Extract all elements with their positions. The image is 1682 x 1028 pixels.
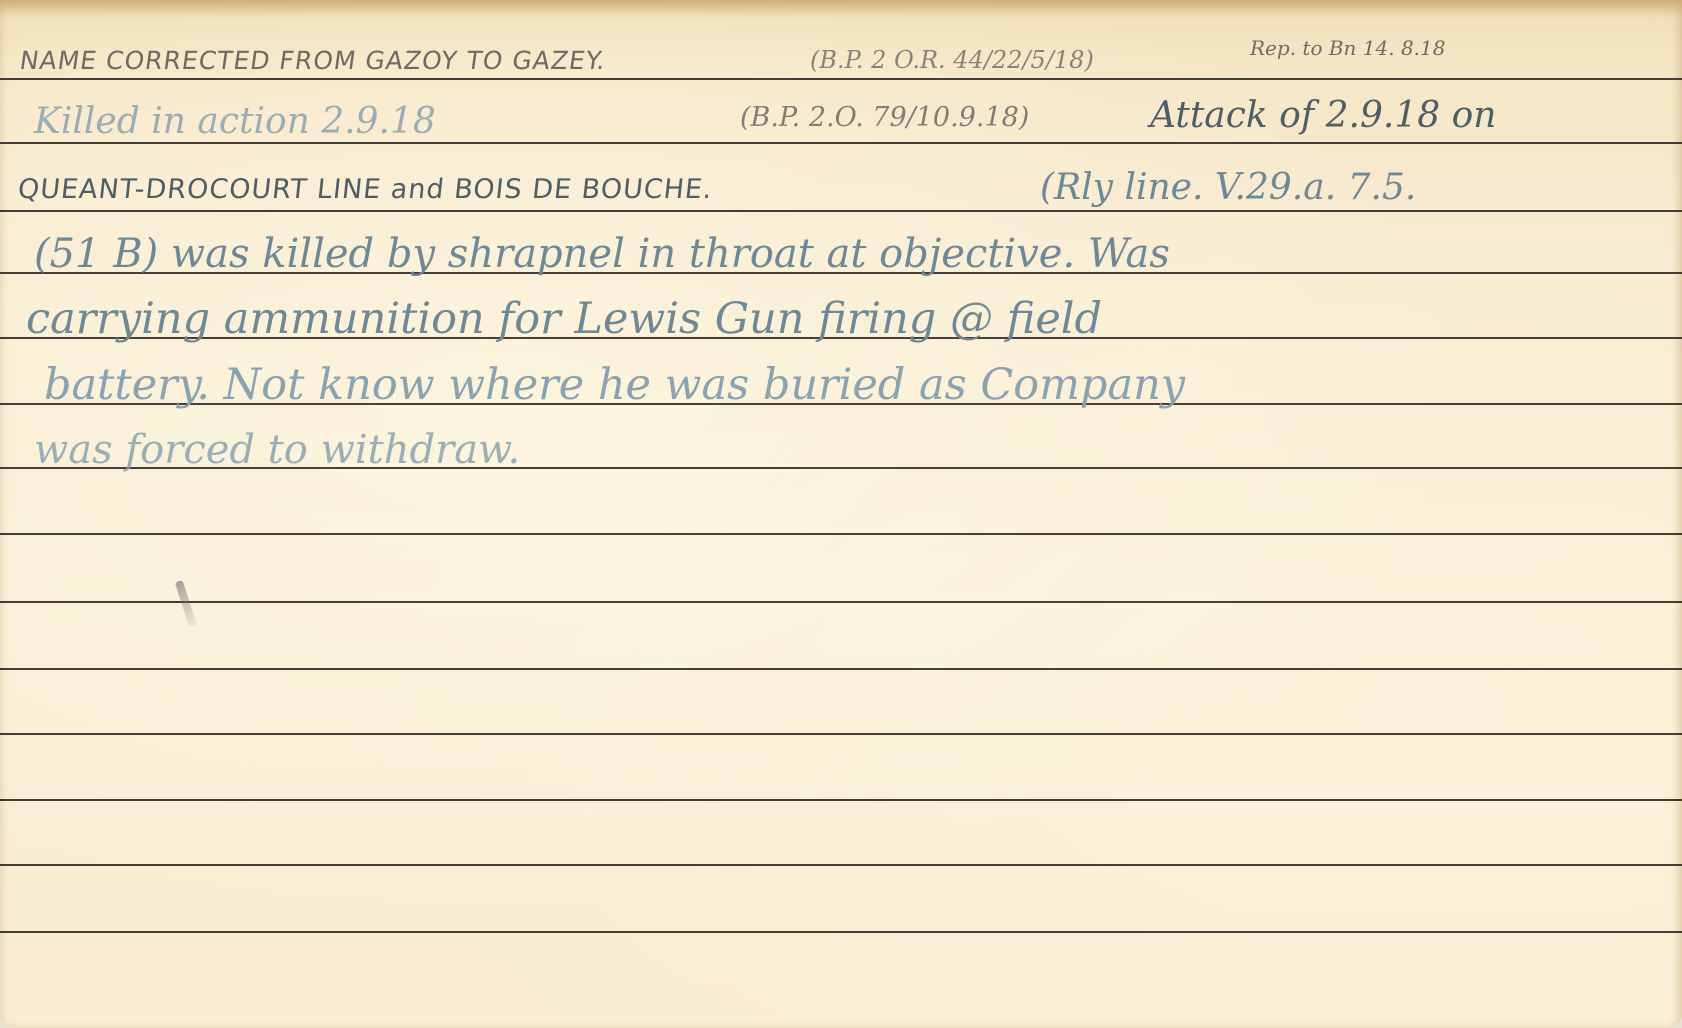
circumstances-line-2: carrying ammunition for Lewis Gun firing…: [26, 298, 1102, 341]
ruled-line: [0, 78, 1682, 80]
circumstances-line-1: (51 B) was killed by shrapnel in throat …: [34, 234, 1170, 274]
ruled-line: [0, 668, 1682, 670]
report-to-battalion-note: Rep. to Bn 14. 8.18: [1250, 38, 1445, 58]
ruled-line: [0, 799, 1682, 801]
ruled-line: [0, 931, 1682, 933]
card-top-edge: [0, 0, 1682, 18]
pencil-mark: [175, 580, 197, 628]
index-card: NAME CORRECTED FROM GAZOY TO GAZEY. (B.P…: [0, 0, 1682, 1028]
attack-note: Attack of 2.9.18 on: [1150, 98, 1496, 134]
ruled-line: [0, 533, 1682, 535]
name-correction-note: NAME CORRECTED FROM GAZOY TO GAZEY.: [18, 48, 608, 73]
ruled-line: [0, 210, 1682, 212]
record-reference-2: (B.P. 2.O. 79/10.9.18): [740, 104, 1029, 131]
record-reference-1: (B.P. 2 O.R. 44/22/5/18): [810, 48, 1094, 72]
map-reference-note: (Rly line. V.29.a. 7.5.: [1040, 170, 1416, 206]
ruled-line: [0, 601, 1682, 603]
killed-in-action-note: Killed in action 2.9.18: [34, 104, 436, 140]
ruled-line: [0, 864, 1682, 866]
circumstances-line-4: was forced to withdraw.: [34, 430, 520, 470]
circumstances-line-3: battery. Not know where he was buried as…: [44, 364, 1185, 407]
location-note: QUEANT-DROCOURT LINE and BOIS DE BOUCHE.: [17, 176, 714, 203]
ruled-line: [0, 733, 1682, 735]
ruled-line: [0, 142, 1682, 144]
